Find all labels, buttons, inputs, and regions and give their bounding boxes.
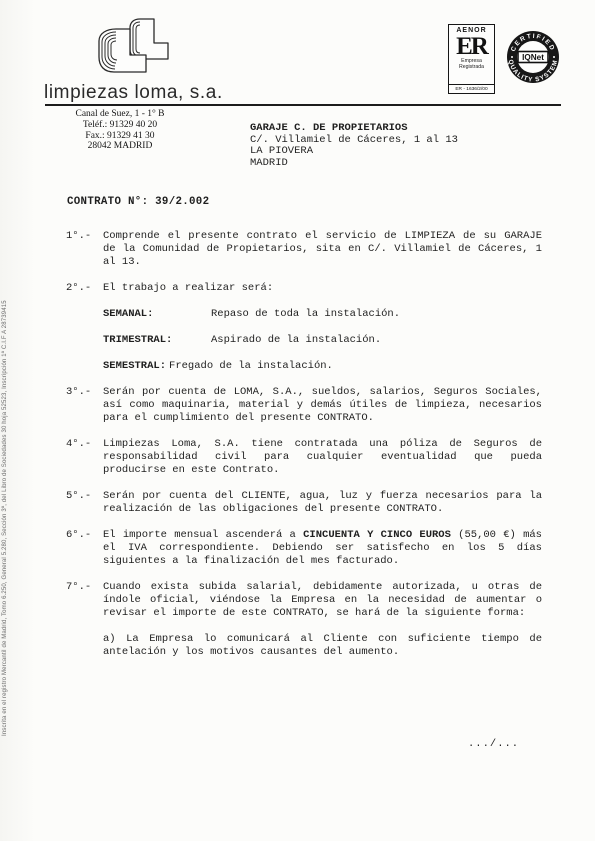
- clause-text: Limpiezas Loma, S.A. tiene contratada un…: [103, 438, 542, 477]
- iqnet-certification-seal: CERTIFIED QUALITY SYSTEM IQNet: [506, 30, 560, 84]
- schedule-label: TRIMESTRAL:: [103, 334, 211, 347]
- aenor-er-icon: ER: [449, 34, 494, 59]
- recipient-district: LA PIOVERA: [250, 146, 458, 158]
- address-line: Canal de Suez, 1 - 1° B: [60, 109, 180, 120]
- company-logo-icon: [84, 14, 176, 86]
- amount-in-words: CINCUENTA Y CINCO EUROS: [303, 529, 451, 541]
- address-line: Teléf.: 91329 40 20: [60, 120, 180, 131]
- clause-3: 3°.- Serán por cuenta de LOMA, S.A., sue…: [66, 386, 542, 425]
- continuation-mark: .../...: [468, 738, 519, 750]
- address-line: 28042 MADRID: [60, 141, 180, 152]
- aenor-subtitle: Empresa Registrada: [449, 59, 494, 71]
- schedule-label: SEMANAL:: [103, 308, 211, 321]
- clause-number: 5°.-: [66, 490, 103, 516]
- clause-text: El importe mensual ascenderá a CINCUENTA…: [103, 529, 542, 568]
- contract-number: CONTRATO N°: 39/2.002: [67, 196, 209, 208]
- aenor-certification-badge: AENOR ER Empresa Registrada ER - 1636/2/…: [448, 24, 495, 94]
- clause-text: Serán por cuenta del CLIENTE, agua, luz …: [103, 490, 542, 516]
- clause-number: 1°.-: [66, 230, 103, 269]
- clause-text: Cuando exista subida salarial, debidamen…: [103, 581, 542, 620]
- clause-5: 5°.- Serán por cuenta del CLIENTE, agua,…: [66, 490, 542, 516]
- clause-number: 2°.-: [66, 282, 103, 295]
- company-address: Canal de Suez, 1 - 1° B Teléf.: 91329 40…: [60, 109, 180, 152]
- sub-clause-a: a) La Empresa lo comunicará al Cliente c…: [66, 633, 542, 659]
- contract-page: limpiezas loma, s.a. Canal de Suez, 1 - …: [0, 0, 595, 841]
- clause-7: 7°.- Cuando exista subida salarial, debi…: [66, 581, 542, 620]
- clause-number: 7°.-: [66, 581, 103, 620]
- clause-text: El trabajo a realizar será:: [103, 282, 542, 295]
- clause-text: Comprende el presente contrato el servic…: [103, 230, 542, 269]
- registry-inscription-note: Inscrita en el registro Mercantil de Mad…: [2, 268, 14, 736]
- clause-number: 3°.-: [66, 386, 103, 425]
- contract-body: 1°.- Comprende el presente contrato el s…: [66, 230, 542, 672]
- clause-1: 1°.- Comprende el presente contrato el s…: [66, 230, 542, 269]
- schedule-text: Aspirado de la instalación.: [211, 334, 381, 346]
- clause-2: 2°.- El trabajo a realizar será:: [66, 282, 542, 295]
- header-divider: [45, 104, 561, 106]
- company-name: limpiezas loma, s.a.: [44, 82, 223, 104]
- recipient-name: GARAJE C. DE PROPIETARIOS: [250, 123, 458, 135]
- clause-4: 4°.- Limpiezas Loma, S.A. tiene contrata…: [66, 438, 542, 477]
- iqnet-center-label: IQNet: [522, 53, 544, 62]
- clause-text-segment: El importe mensual ascenderá a: [103, 529, 303, 541]
- schedule-text: Repaso de toda la instalación.: [211, 308, 400, 320]
- schedule-row-biannual: SEMESTRAL:Fregado de la instalación.: [103, 360, 542, 373]
- clause-number: 6°.-: [66, 529, 103, 568]
- schedule-label: SEMESTRAL:: [103, 360, 166, 373]
- clause-number: 4°.-: [66, 438, 103, 477]
- clause-6: 6°.- El importe mensual ascenderá a CINC…: [66, 529, 542, 568]
- clause-text: Serán por cuenta de LOMA, S.A., sueldos,…: [103, 386, 542, 425]
- schedule-row-quarterly: TRIMESTRAL:Aspirado de la instalación.: [103, 334, 542, 347]
- schedule-text: Fregado de la instalación.: [169, 360, 333, 372]
- aenor-registration-number: ER - 1636/2/00: [449, 84, 494, 93]
- schedule-row-weekly: SEMANAL:Repaso de toda la instalación.: [103, 308, 542, 321]
- recipient-city: MADRID: [250, 158, 458, 170]
- address-line: Fax.: 91329 41 30: [60, 131, 180, 142]
- recipient-address-block: GARAJE C. DE PROPIETARIOS C/. Villamiel …: [250, 123, 458, 169]
- work-schedule-list: SEMANAL:Repaso de toda la instalación. T…: [66, 308, 542, 373]
